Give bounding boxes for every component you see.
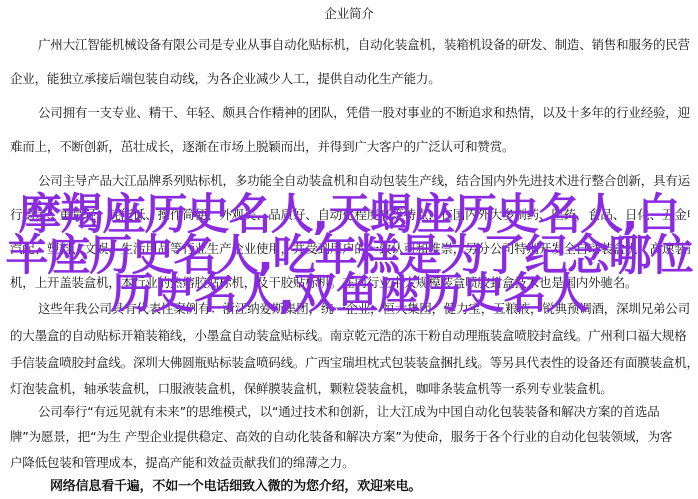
paragraph-line: 公司拥有一支专业、精干、年轻、颇具合作精神的团队，凭借一股对事业的不断追求和热情…: [38, 105, 690, 121]
closing-statement: 网络信息看千遍，不如一个电话细致入微的为您介绍，欢迎来电。: [50, 479, 690, 495]
paragraph-line: 户降低包装和管理成本，提高产能和效益贡献我们的绵薄之力。: [10, 455, 690, 471]
paragraph-line: 的大墨盒的自动贴标开箱装箱线，小墨盒自动装盒贴标线。南京乾元浩的冻干粉自动理瓶装…: [10, 328, 690, 344]
paragraph-line: 牌”为愿景，把“为生 产型企业提供稳定、高效的自动化装备和解决方案”为使命，服务…: [10, 429, 690, 445]
document-title: 企业简介: [0, 6, 698, 22]
paragraph-line: 公司奉行“有远见就有未来”的思维模式，以“通过技术和创新，让大江成为中国自动化包…: [38, 404, 690, 420]
paragraph-line: 企业，能独立承接后端包装自动线，为各企业减少人工，提供自动化生产能力。: [10, 71, 690, 87]
paragraph-line: 难而上，不断创新，茁壮成长，逐渐在市场上脱颖而出，并得到广大客户的广泛认可和赞赏…: [10, 139, 690, 155]
paragraph-line: 灯泡装盒机，轴承装盒机，口服液装盒机，保鲜膜装盒机，颗粒袋装盒机，咖啡条装盒机等…: [10, 381, 690, 397]
overlay-line: 历史名人,双鱼座历史名人: [0, 272, 698, 316]
paragraph-line: 公司主导产品大江品牌系列贴标机，多功能全自动装盒机和自动包装生产线，结合国内外先…: [38, 173, 690, 189]
paragraph-line: 手信装盒喷胶封盒线。深圳大佛圆瓶贴标装盒喷码线。广西宝瑞坦枕式包装装盒捆扎线。等…: [10, 355, 690, 371]
paragraph-line: 广州大江智能机械设备有限公司是专业从事自动化贴标机，自动化装盒机，装箱机设备的研…: [38, 37, 690, 53]
